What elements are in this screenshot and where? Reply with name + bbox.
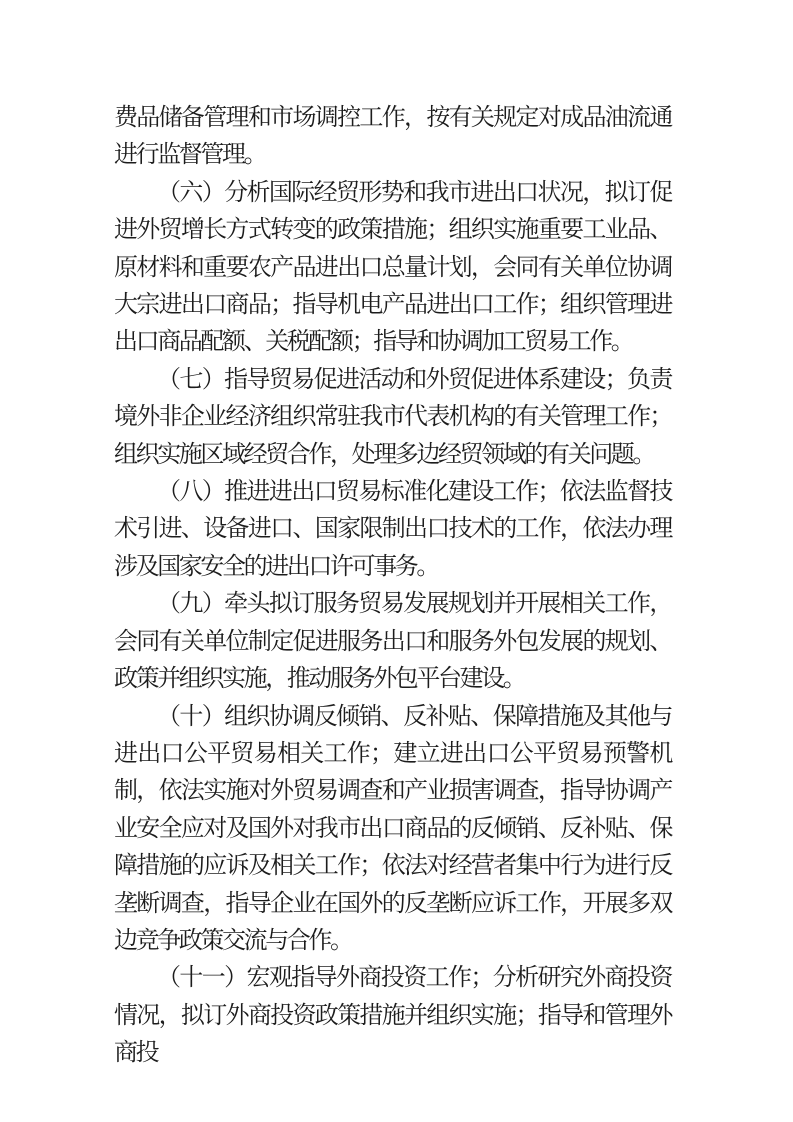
paragraph-item-11: （十一）宏观指导外商投资工作；分析研究外商投资情况，拟订外商投资政策措施并组织实… bbox=[114, 960, 671, 1072]
document-body: 费品储备管理和市场调控工作，按有关规定对成品油流通进行监督管理。 （六）分析国际… bbox=[114, 100, 671, 1073]
paragraph-item-9: （九）牵头拟订服务贸易发展规划并开展相关工作，会同有关单位制定促进服务出口和服务… bbox=[114, 586, 671, 698]
paragraph-item-6: （六）分析国际经贸形势和我市进出口状况，拟订促进外贸增长方式转变的政策措施；组织… bbox=[114, 175, 671, 362]
paragraph-item-7: （七）指导贸易促进活动和外贸促进体系建设；负责境外非企业经济组织常驻我市代表机构… bbox=[114, 362, 671, 474]
paragraph-item-10: （十）组织协调反倾销、反补贴、保障措施及其他与进出口公平贸易相关工作；建立进出口… bbox=[114, 699, 671, 961]
document-page: 费品储备管理和市场调控工作，按有关规定对成品油流通进行监督管理。 （六）分析国际… bbox=[0, 0, 793, 1122]
paragraph-continuation: 费品储备管理和市场调控工作，按有关规定对成品油流通进行监督管理。 bbox=[114, 100, 671, 175]
paragraph-item-8: （八）推进进出口贸易标准化建设工作；依法监督技术引进、设备进口、国家限制出口技术… bbox=[114, 474, 671, 586]
